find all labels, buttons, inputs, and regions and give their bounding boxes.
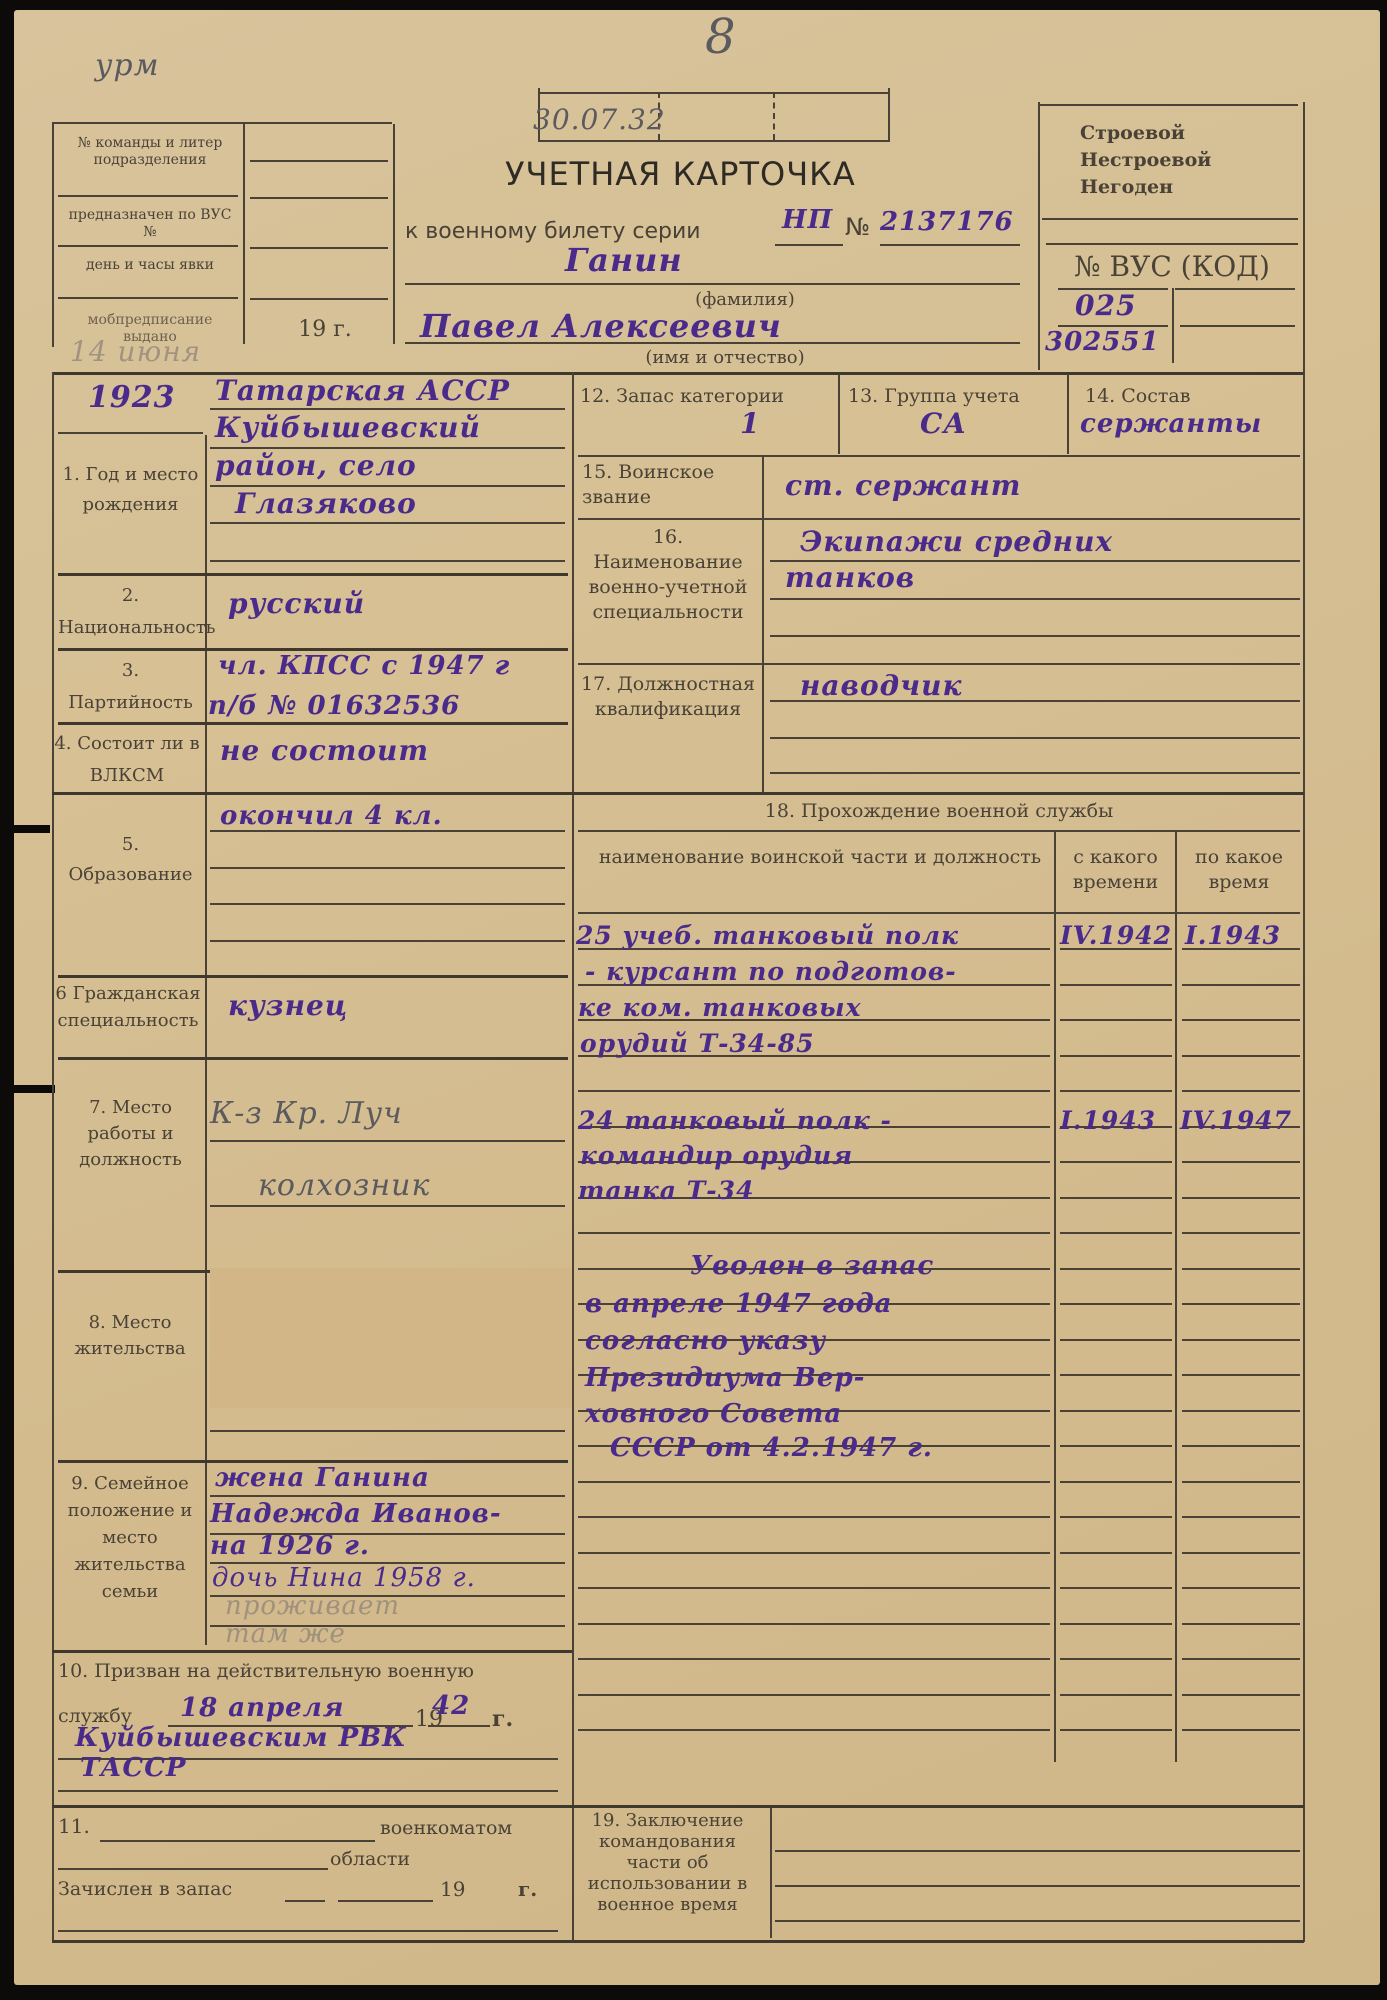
service-title: 18. Прохождение военной службы: [578, 800, 1300, 823]
ruled-line: [1182, 1161, 1300, 1163]
account-group: СА: [920, 408, 967, 440]
fitness-option: Нестроевой: [1080, 147, 1260, 174]
military-rank: ст. сержант: [785, 470, 1021, 502]
birth-place-line: Татарская АССР: [215, 375, 510, 407]
conscription-date: 18 апреля: [180, 1692, 344, 1724]
birth-place-line: Глазяково: [235, 488, 417, 520]
service-unit: 24 танковый полк -: [578, 1105, 892, 1137]
left-box-label: день и часы явки: [60, 257, 240, 274]
ruled-line: [1182, 1694, 1300, 1696]
ruled-line: [1182, 1268, 1300, 1270]
service-unit: орудий Т-34-85: [580, 1028, 814, 1060]
service-from: I.1943: [1060, 1105, 1156, 1137]
reserve-year-suffix: г.: [518, 1878, 537, 1901]
ruled-line: [578, 1232, 1050, 1234]
field-label-13: 13. Группа учета: [848, 385, 1020, 408]
ruled-line: [1182, 1090, 1300, 1092]
surname: Ганин: [565, 244, 683, 276]
voenkomat-label: военкоматом: [380, 1817, 512, 1840]
ruled-line: [578, 1481, 1050, 1483]
ruled-line: [578, 1516, 1050, 1518]
reserve-label: Зачислен в запас: [58, 1878, 232, 1901]
field-label-6: 6 Гражданская специальность: [52, 980, 204, 1034]
field-label-4: 4. Состоит ли в ВЛКСМ: [52, 728, 202, 792]
ticket-series: НП: [782, 204, 833, 236]
conscripted-by: ТАССР: [80, 1752, 186, 1784]
birth-place-line: Куйбышевский: [215, 412, 481, 444]
conscripted-by: Куйбышевским РВК: [75, 1722, 407, 1754]
service-to: I.1943: [1185, 920, 1281, 952]
ruled-line: [1060, 1623, 1172, 1625]
birth-place-line: район, село: [215, 450, 417, 482]
ruled-line: [578, 1658, 1050, 1660]
fitness-option: Строевой: [1080, 120, 1260, 147]
education: окончил 4 кл.: [220, 800, 443, 832]
service-unit: командир орудия: [580, 1140, 853, 1172]
ruled-line: [1060, 1516, 1172, 1518]
field-label-8: 8. Место жительства: [55, 1310, 205, 1362]
service-col-unit: наименование воинской части и должность: [590, 845, 1050, 870]
name-patronymic: Павел Алексеевич: [420, 310, 782, 342]
ruled-line: [1060, 1232, 1172, 1234]
service-to: IV.1947: [1180, 1105, 1292, 1137]
ruled-line: [1182, 1019, 1300, 1021]
field-label-17: 17. Должностная квалификация: [578, 672, 758, 722]
discharge-line: СССР от 4.2.1947 г.: [610, 1432, 933, 1464]
family-line: на 1926 г.: [210, 1530, 370, 1562]
ruled-line: [1060, 1410, 1172, 1412]
job-title: колхозник: [258, 1170, 430, 1202]
fitness-options: Строевой Нестроевой Негоден: [1080, 120, 1260, 201]
ruled-line: [1182, 1410, 1300, 1412]
left-box-label: № команды и литер подразделения: [60, 135, 240, 169]
ruled-line: [1182, 1481, 1300, 1483]
ruled-line: [1182, 1055, 1300, 1057]
field-label-16: 16. Наименование военно-учетной специаль…: [578, 525, 758, 625]
field-label-19: 19. Заключение командования части об исп…: [580, 1810, 755, 1915]
qualification: наводчик: [800, 670, 962, 702]
ruled-line: [1182, 1303, 1300, 1305]
service-from: IV.1942: [1060, 920, 1172, 952]
ruled-line: [1060, 1090, 1172, 1092]
family-line: Надежда Иванов-: [210, 1498, 502, 1530]
ruled-line: [1060, 1374, 1172, 1376]
field-label-15: 15. Воинское звание: [582, 460, 742, 510]
discharge-line: ховного Совета: [585, 1398, 842, 1430]
ruled-line: [1060, 1019, 1172, 1021]
conscription-year-suffix: г.: [492, 1708, 513, 1731]
field-label-9: 9. Семейное положение и место жительства…: [55, 1470, 205, 1605]
service-unit: танка Т-34: [578, 1175, 754, 1207]
discharge-line: Уволен в запас: [690, 1250, 934, 1282]
stamp-date: 30.07.32: [533, 104, 666, 136]
ruled-line: [1182, 1232, 1300, 1234]
ruled-line: [1060, 1197, 1172, 1199]
vus-label: № ВУС (КОД): [1052, 250, 1292, 284]
left-box-note: 14 июня: [70, 336, 201, 368]
ruled-line: [1182, 1339, 1300, 1341]
field-label-3: 3. Партийность: [58, 655, 203, 719]
field-label-10: 10. Призван на действительную военную: [58, 1660, 474, 1683]
service-unit: - курсант по подготов-: [585, 956, 957, 988]
ruled-line: [1182, 1516, 1300, 1518]
ruled-line: [1060, 1339, 1172, 1341]
ruled-line: [1060, 1729, 1172, 1731]
field-label-12: 12. Запас категории: [580, 385, 784, 408]
field-label-14: 14. Состав: [1085, 385, 1190, 408]
mob-year: 19 г.: [270, 318, 380, 341]
reserve-year-prefix: 19: [440, 1878, 465, 1901]
ruled-line: [578, 1090, 1050, 1092]
workplace: К-з Кр. Луч: [210, 1098, 403, 1130]
field-label-2: 2. Национальность: [58, 580, 203, 644]
ruled-line: [1060, 1552, 1172, 1554]
ruled-line: [1182, 1658, 1300, 1660]
discharge-line: в апреле 1947 года: [585, 1288, 893, 1320]
birth-year: 1923: [88, 382, 176, 414]
oblast-label: области: [330, 1848, 410, 1871]
vus-code: 025: [1075, 290, 1136, 322]
paper-tear: [0, 1085, 55, 1093]
paper-tear: [0, 825, 50, 833]
ruled-line: [1182, 1729, 1300, 1731]
field-label-11: 11.: [58, 1815, 90, 1838]
ruled-line: [1182, 1587, 1300, 1589]
ruled-line: [1060, 1658, 1172, 1660]
field-label-7: 7. Место работы и должность: [58, 1095, 203, 1173]
reserve-category: 1: [740, 408, 760, 440]
field-label-5: 5. Образование: [58, 830, 203, 890]
discharge-line: согласно указу: [585, 1325, 826, 1357]
redacted-address: [210, 1268, 572, 1408]
ruled-line: [1182, 1445, 1300, 1447]
ruled-line: [578, 1552, 1050, 1554]
komsomol: не состоит: [220, 735, 429, 767]
ruled-line: [1060, 984, 1172, 986]
ruled-line: [1060, 1161, 1172, 1163]
ruled-line: [1060, 1055, 1172, 1057]
vus-specialty: танков: [785, 562, 915, 594]
service-col-from: с какого времени: [1058, 845, 1173, 895]
ticket-prefix: к военному билету серии: [405, 220, 701, 243]
page-number: 8: [705, 10, 737, 64]
ruled-line: [1182, 1623, 1300, 1625]
ruled-line: [1060, 1445, 1172, 1447]
civil-specialty: кузнец: [228, 990, 348, 1022]
nationality: русский: [228, 588, 365, 620]
ruled-line: [578, 1694, 1050, 1696]
discharge-line: Президиума Вер-: [585, 1362, 865, 1394]
corner-note: урм: [95, 50, 159, 82]
personnel-category: сержанты: [1080, 408, 1262, 440]
ruled-line: [1182, 1552, 1300, 1554]
ruled-line: [1060, 1694, 1172, 1696]
ruled-line: [1182, 1197, 1300, 1199]
left-box-label: предназначен по ВУС №: [60, 207, 240, 241]
vus-number: 302551: [1045, 326, 1160, 358]
family-line: там же: [225, 1618, 346, 1650]
vus-specialty: Экипажи средних: [800, 526, 1113, 558]
ruled-line: [578, 1729, 1050, 1731]
service-col-to: по какое время: [1180, 845, 1298, 895]
conscription-year: 42: [432, 1690, 470, 1722]
fitness-option: Негоден: [1080, 174, 1260, 201]
ticket-number: 2137176: [880, 206, 1014, 238]
service-unit: 25 учеб. танковый полк: [576, 920, 959, 952]
service-unit: ке ком. танковых: [578, 992, 862, 1024]
party: чл. КПСС с 1947 г: [218, 650, 510, 682]
ruled-line: [1182, 1374, 1300, 1376]
ruled-line: [1060, 1303, 1172, 1305]
party-card: п/б № 01632536: [208, 690, 460, 722]
page-title: УЧЕТНАЯ КАРТОЧКА: [505, 155, 856, 193]
ruled-line: [578, 1623, 1050, 1625]
ruled-line: [1060, 1481, 1172, 1483]
name-caption: (имя и отчество): [610, 346, 840, 369]
family-line: жена Ганина: [215, 1462, 430, 1494]
ruled-line: [1182, 984, 1300, 986]
ruled-line: [1060, 1268, 1172, 1270]
ruled-line: [578, 1587, 1050, 1589]
ticket-no-label: №: [845, 216, 870, 239]
field-label-1: 1. Год и место рождения: [58, 460, 203, 520]
ruled-line: [1060, 1587, 1172, 1589]
